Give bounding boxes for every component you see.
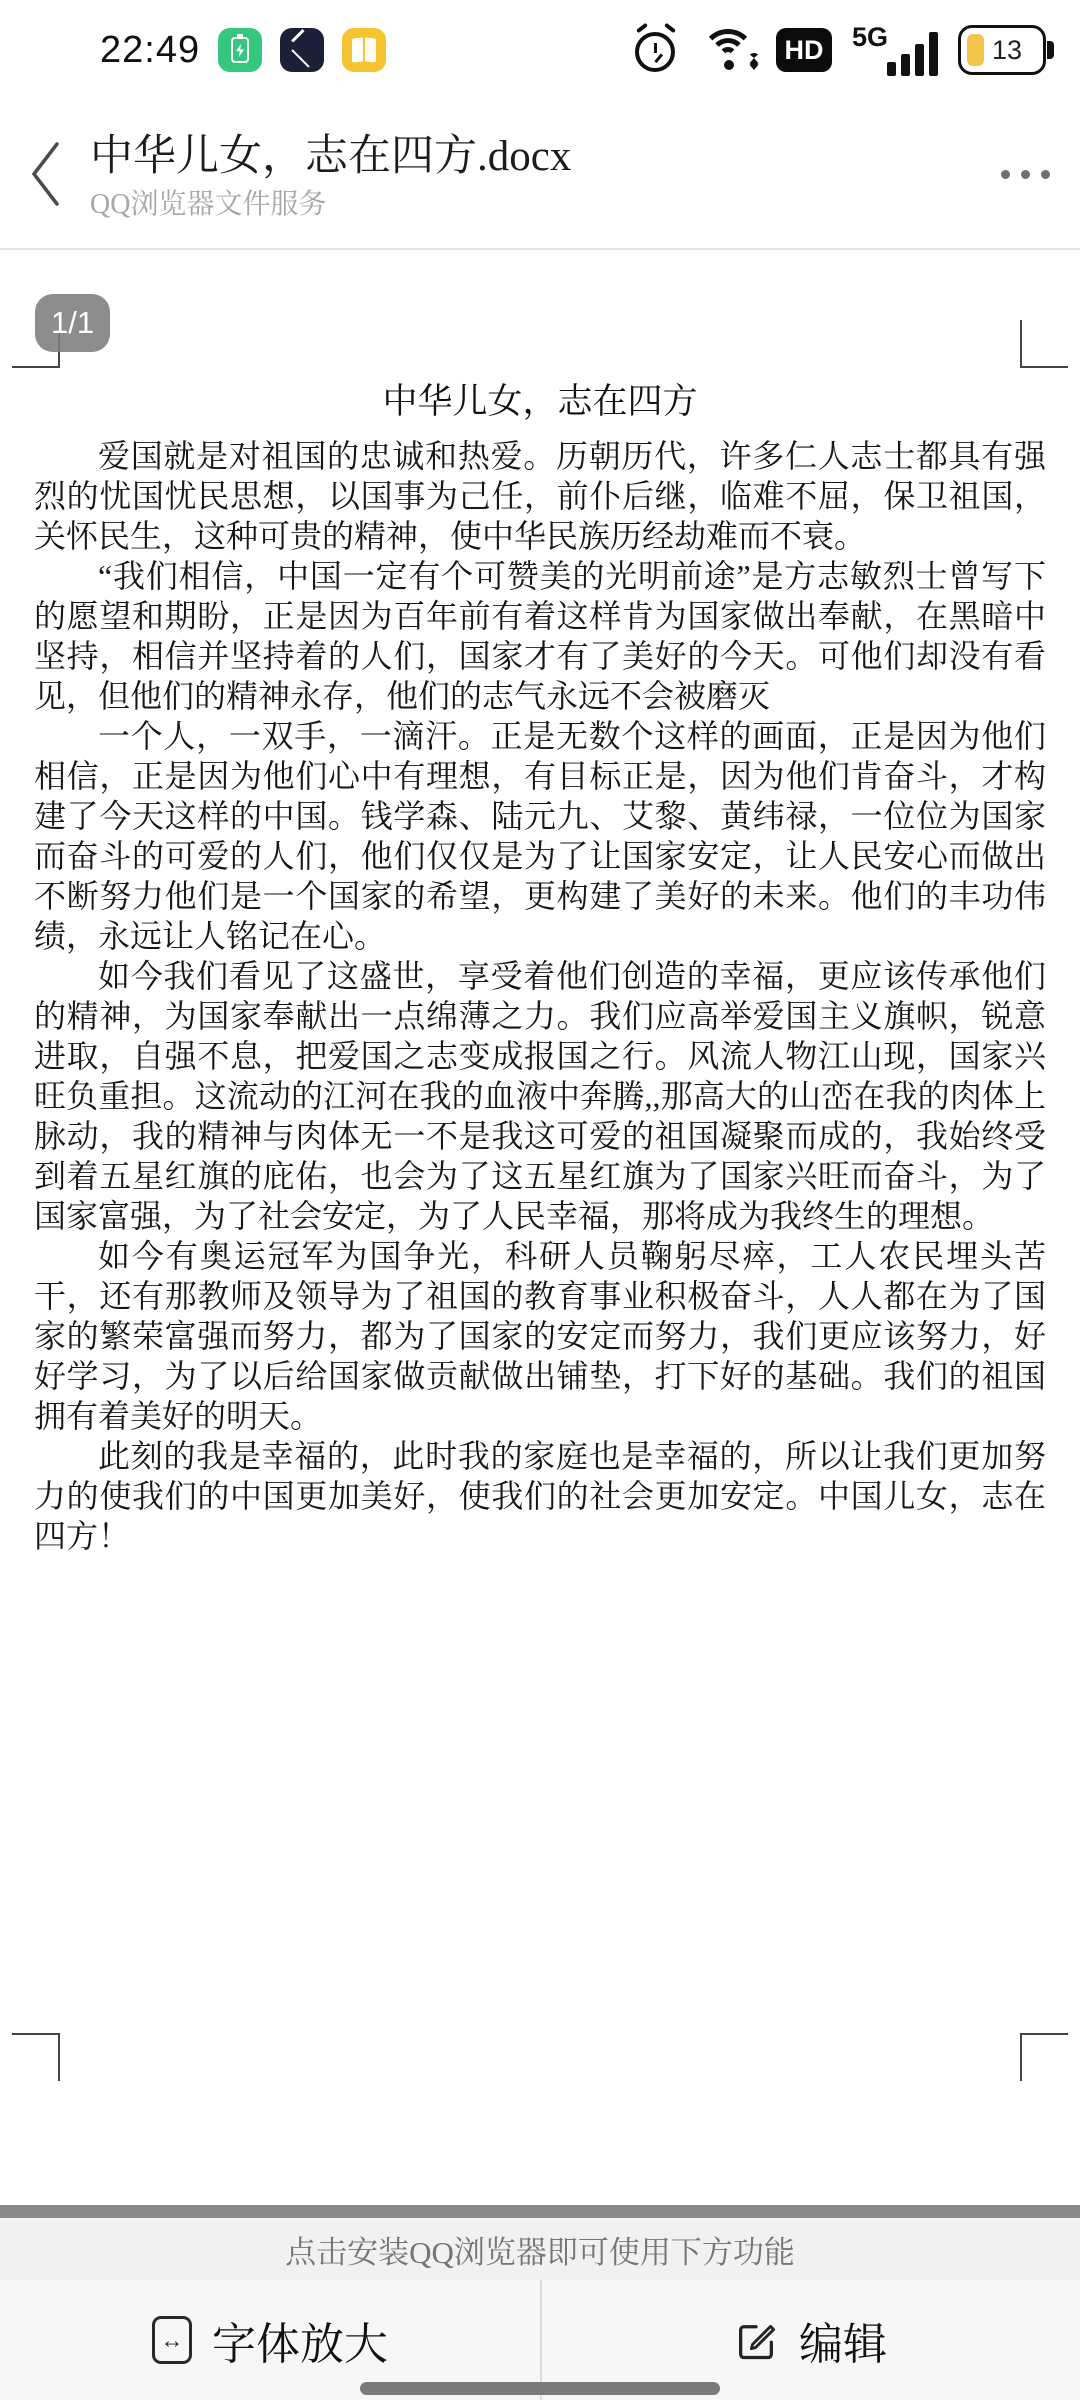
edit-label: 编辑 xyxy=(799,2308,887,2372)
file-title: 中华儿女，志在四方.docx xyxy=(90,129,970,185)
ellipsis-icon xyxy=(1021,170,1030,179)
wifi-icon xyxy=(700,27,756,73)
back-button[interactable] xyxy=(0,100,90,248)
status-right: HD 5G 13 xyxy=(632,22,1054,78)
document-paragraph: “我们相信，中国一定有个可赞美的光明前途”是方志敏烈士曾写下的愿望和期盼，正是因… xyxy=(34,556,1046,716)
document-paragraph: 爱国就是对祖国的忠诚和热爱。历朝历代，许多仁人志士都具有强烈的忧国忧民思想，以国… xyxy=(34,436,1046,556)
font-zoom-label: 字体放大 xyxy=(212,2308,388,2372)
status-left: 22:49 xyxy=(100,28,386,72)
phone-screen: 22:49 HD 5G 13 xyxy=(0,0,1080,2400)
battery-saver-app-icon xyxy=(218,28,262,72)
alarm-clock-icon xyxy=(632,26,680,74)
page-indicator-badge: 1/1 xyxy=(35,294,110,352)
battery-fill xyxy=(967,34,984,66)
ellipsis-icon xyxy=(1001,170,1010,179)
network-type-label: 5G xyxy=(852,22,888,53)
ellipsis-icon xyxy=(1041,170,1050,179)
page-margin-mark-bottom-right xyxy=(1020,2033,1068,2081)
book-app-icon xyxy=(342,28,386,72)
signal-bars xyxy=(887,32,938,76)
status-time: 22:49 xyxy=(100,29,200,72)
document-paragraph: 如今有奥运冠军为国争光，科研人员鞠躬尽瘁，工人农民埋头苦干，还有那教师及领导为了… xyxy=(34,1236,1046,1436)
document-title: 中华儿女，志在四方 xyxy=(0,378,1080,426)
document-viewport: 1/1 中华儿女，志在四方 爱国就是对祖国的忠诚和热爱。历朝历代，许多仁人志士都… xyxy=(0,250,1080,2205)
more-menu-button[interactable] xyxy=(970,100,1080,248)
header-texts: 中华儿女，志在四方.docx QQ浏览器文件服务 xyxy=(90,123,970,225)
bottom-toolbar: ↔ 字体放大 编辑 xyxy=(0,2280,1080,2400)
chevron-left-icon xyxy=(25,138,65,210)
hd-badge-icon: HD xyxy=(776,28,832,72)
document-paragraph: 此刻的我是幸福的，此时我的家庭也是幸福的，所以让我们更加努力的使我们的中国更加美… xyxy=(34,1436,1046,1556)
pencil-square-icon xyxy=(733,2317,779,2363)
status-bar: 22:49 HD 5G 13 xyxy=(0,0,1080,100)
font-resize-icon: ↔ xyxy=(152,2316,192,2364)
document-header: 中华儿女，志在四方.docx QQ浏览器文件服务 xyxy=(0,100,1080,250)
page-margin-mark-bottom-left xyxy=(12,2033,60,2081)
clock-app-icon xyxy=(280,28,324,72)
page-margin-mark-top-right xyxy=(1020,320,1068,368)
battery-indicator: 13 xyxy=(958,25,1054,75)
document-body: 爱国就是对祖国的忠诚和热爱。历朝历代，许多仁人志士都具有强烈的忧国忧民思想，以国… xyxy=(0,436,1080,1556)
document-paragraph: 如今我们看见了这盛世，享受着他们创造的幸福，更应该传承他们的精神，为国家奉献出一… xyxy=(34,956,1046,1236)
install-qq-browser-banner[interactable]: 点击安装QQ浏览器即可使用下方功能 xyxy=(0,2218,1080,2280)
file-service-subtitle: QQ浏览器文件服务 xyxy=(90,185,970,225)
document-paragraph: 一个人，一双手，一滴汗。正是无数个这样的画面，正是因为他们相信，正是因为他们心中… xyxy=(34,716,1046,956)
cell-signal-icon: 5G xyxy=(852,22,938,78)
scroll-track-bar xyxy=(0,2205,1080,2218)
home-indicator[interactable] xyxy=(360,2382,720,2395)
